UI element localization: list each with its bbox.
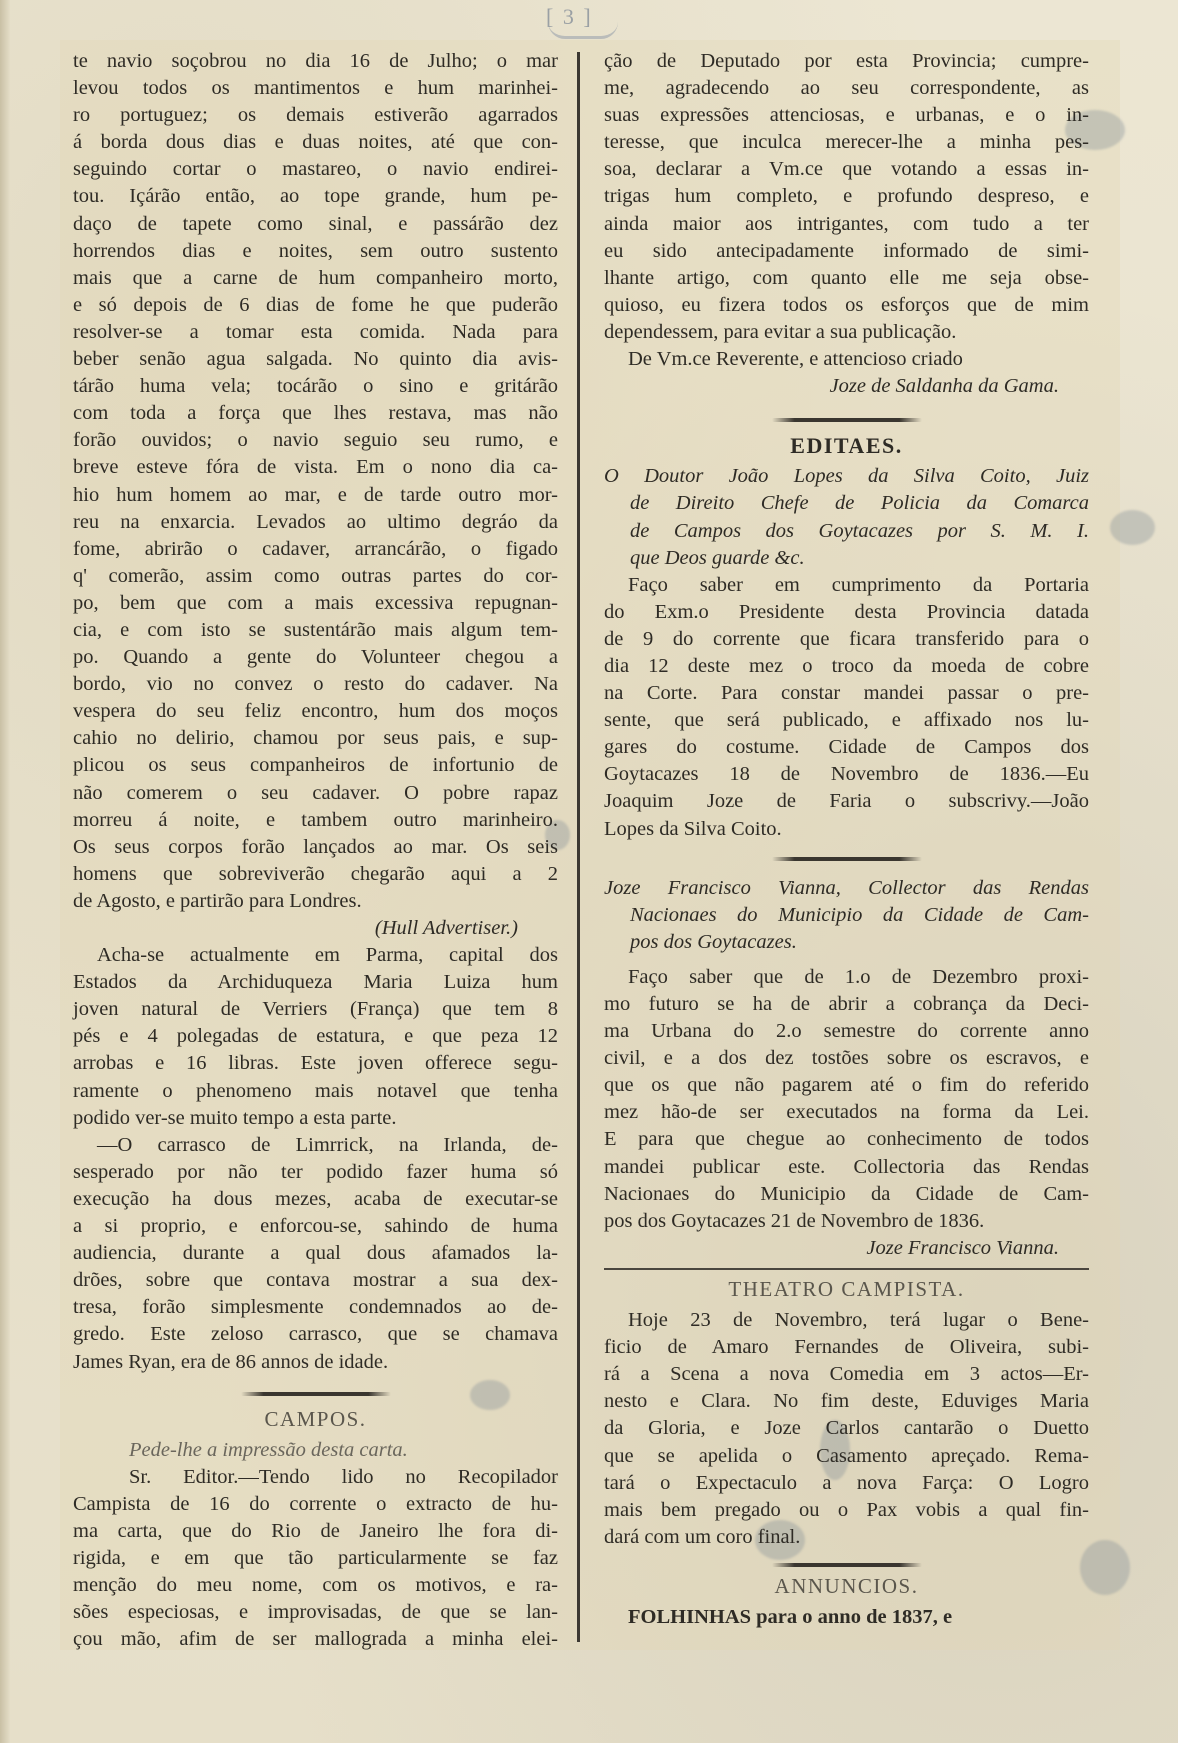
text-line: ma carta, que do Rio de Janeiro lhe fora… [73,1518,558,1545]
right-column: ção de Deputado por esta Provincia; cump… [604,48,1089,1631]
text-line: ção de Deputado por esta Provincia; cump… [604,48,1089,75]
text-line: Sr. Editor.—Tendo lido no Recopilador [73,1464,558,1491]
text-line: pos dos Goytacazes 21 de Novembro de 183… [604,1208,1089,1235]
text-line: ainda maior aos intrigantes, com tudo a … [604,211,1089,238]
edital-title-line: O Doutor João Lopes da Silva Coito, Juiz [604,463,1089,490]
text-line: execução ha dous mezes, acaba de executa… [73,1186,558,1213]
article-limerick: —O carrasco de Limrrick, na Irlanda, de-… [73,1132,558,1376]
text-line: te navio soçobrou no dia 16 de Julho; o … [73,48,558,75]
text-line: beber senão agua salgada. No quinto dia … [73,346,558,373]
text-line: podido ver-se muito tempo a esta parte. [73,1105,558,1132]
text-line: teresse, que inculca merecer-lhe a minha… [604,129,1089,156]
edital-coito: O Doutor João Lopes da Silva Coito, Juiz… [604,463,1089,842]
newspaper-page: [ 3 ] te navio soçobrou no dia 16 de Jul… [0,0,1178,1743]
text-line: de Agosto, e partirão para Londres. [73,888,558,915]
text-line: Nacionaes do Municipio da Cidade de Cam- [604,1181,1089,1208]
text-line: audiencia, durante a qual dous afamados … [73,1240,558,1267]
edital-title-line: pos dos Goytacazes. [604,929,1089,956]
text-line: Hoje 23 de Novembro, terá lugar o Bene- [604,1307,1089,1334]
text-line: rá a Scena a nova Comedia em 3 actos—Er- [604,1361,1089,1388]
section-divider-ornament [772,418,922,422]
text-line: do Exm.o Presidente desta Provincia data… [604,599,1089,626]
text-line: breve esteve fóra de vista. Em o nono di… [73,454,558,481]
water-stain [1110,510,1155,545]
text-line: civil, e a dos dez tostões sobre os escr… [604,1045,1089,1072]
edital-title-line: Joze Francisco Vianna, Collector das Ren… [604,875,1089,902]
text-line: Acha-se actualmente em Parma, capital do… [73,942,558,969]
text-line: seguindo cortar o mastareo, o navio endi… [73,156,558,183]
text-line: mo futuro se ha de abrir a cobrança da D… [604,991,1089,1018]
text-line: Estados da Archiduqueza Maria Luiza hum [73,969,558,996]
text-line: Goytacazes 18 de Novembro de 1836.—Eu [604,761,1089,788]
text-line: vespera do seu feliz encontro, hum dos m… [73,698,558,725]
text-line: forão ouvidos; o navio seguio seu rumo, … [73,427,558,454]
section-annuncios: ANNUNCIOS. FOLHINHAS para o anno de 1837… [604,1573,1089,1631]
letter-subheading: Pede-lhe a impressão desta carta. [73,1437,558,1464]
section-divider-ornament [772,1563,922,1567]
text-line: resolver-se a tomar esta comida. Nada pa… [73,319,558,346]
text-line: po, bem que com a mais excessiva repugna… [73,590,558,617]
text-line: ro portuguez; os demais estiverão agarra… [73,102,558,129]
text-line: ficio de Amaro Fernandes de Oliveira, su… [604,1334,1089,1361]
text-line: horrendos dias e noites, sem outro suste… [73,238,558,265]
text-line: fome, abrirão o cadaver, arrancárão, o f… [73,536,558,563]
letter-closing: De Vm.ce Reverente, e attencioso criado [604,346,1089,373]
text-line: James Ryan, era de 86 annos de idade. [73,1349,558,1376]
text-line: tárão huma vela; tocárão o sino e gritár… [73,373,558,400]
text-line: pés e 4 polegadas de estatura, e que pez… [73,1023,558,1050]
text-line: cahio no delirio, chamou por seus pais, … [73,725,558,752]
text-line: Faço saber que de 1.o de Dezembro proxi- [604,964,1089,991]
flourish-ornament-icon [548,22,618,39]
text-line: Joaquim Joze de Faria o subscrivy.—João [604,788,1089,815]
text-line: FOLHINHAS para o anno de 1837, e [604,1604,1089,1631]
source-citation: (Hull Advertiser.) [73,915,558,942]
text-line: sões especiosas, e improvisadas, de que … [73,1599,558,1626]
edital-title-line: que Deos guarde &c. [604,545,1089,572]
text-line: quioso, eu fizera todos os esforços que … [604,292,1089,319]
text-line: sesperado por não ter podido fazer huma … [73,1159,558,1186]
text-line: drões, sobre que contava mostrar a sua d… [73,1267,558,1294]
left-column: te navio soçobrou no dia 16 de Julho; o … [73,48,558,1653]
text-line: mais bem pregado ou o Pax vobis a qual f… [604,1497,1089,1524]
text-line: e só depois de 6 dias de fome he que pud… [73,292,558,319]
section-editaes: EDITAES. O Doutor João Lopes da Silva Co… [604,432,1089,1262]
section-theatro: THEATRO CAMPISTA. Hoje 23 de Novembro, t… [604,1276,1089,1551]
text-line: á borda dous dias e duas noites, até que… [73,129,558,156]
text-line: com toda a força que lhes restava, mas n… [73,400,558,427]
text-line: dará com um coro final. [604,1524,1089,1551]
text-line: gares do costume. Cidade de Campos dos [604,734,1089,761]
text-line: dependessem, para evitar a sua publicaçã… [604,319,1089,346]
edital-title-line: de Campos dos Goytacazes por S. M. I. [604,518,1089,545]
text-line: plicou os seus companheiros de infortuni… [73,752,558,779]
text-line: trigas hum completo, e profundo despreso… [604,183,1089,210]
text-line: mandei publicar este. Collectoria das Re… [604,1154,1089,1181]
text-line: ma Urbana do 2.o semestre do corrente an… [604,1018,1089,1045]
text-line: Lopes da Silva Coito. [604,816,1089,843]
text-line: levou todos os mantimentos e hum marinhe… [73,75,558,102]
text-line: tresa, forão simplesmente condemnados ao… [73,1294,558,1321]
text-line: morreu á noite, e tambem outro marinheir… [73,807,558,834]
text-line: suas expressões attenciosas, e urbanas, … [604,102,1089,129]
text-line: q' comerão, assim como outras partes do … [73,563,558,590]
text-line: que se apelida o Casamento apreçado. Rem… [604,1443,1089,1470]
column-divider [577,52,580,1642]
text-line: lhante artigo, com quanto elle me seja o… [604,265,1089,292]
text-line: daço de tapete como sinal, e passárão de… [73,211,558,238]
text-line: não comerem o seu cadaver. O pobre rapaz [73,780,558,807]
edital-signature: Joze Francisco Vianna. [604,1235,1089,1262]
edital-title-line: de Direito Chefe de Policia da Comarca [604,490,1089,517]
text-line: soa, declarar a Vm.ce que votando a essa… [604,156,1089,183]
text-line: dia 12 deste mez o troco da moeda de cob… [604,653,1089,680]
section-heading-annuncios: ANNUNCIOS. [604,1573,1089,1600]
text-line: mais que a carne de hum companheiro mort… [73,265,558,292]
text-line: cia, e com isto se sustentárão mais algu… [73,617,558,644]
text-line: mez hão-de ser executados na forma da Le… [604,1099,1089,1126]
text-line: Campista de 16 do corrente o extracto de… [73,1491,558,1518]
text-line: nesto e Clara. No fim deste, Eduviges Ma… [604,1388,1089,1415]
text-line: —O carrasco de Limrrick, na Irlanda, de- [73,1132,558,1159]
text-line: tou. Içárão então, ao tope grande, hum p… [73,183,558,210]
article-parma: Acha-se actualmente em Parma, capital do… [73,942,558,1132]
text-line: tará o Expectaculo a nova Farça: O Logro [604,1470,1089,1497]
section-heading-campos: CAMPOS. [73,1406,558,1433]
text-line: Faço saber em cumprimento da Portaria [604,572,1089,599]
text-line: reu na enxarcia. Levados ao ultimo degrá… [73,509,558,536]
section-divider-ornament [241,1392,391,1396]
section-divider-ornament [772,857,922,861]
edital-vianna: Joze Francisco Vianna, Collector das Ren… [604,875,1089,1262]
text-line: rigida, e em que tão particularmente se … [73,1545,558,1572]
text-line: po. Quando a gente do Volunteer chegou a [73,644,558,671]
text-line: ramente o phenomeno mais notavel que ten… [73,1078,558,1105]
text-line: Os seus corpos forão lançados ao mar. Os… [73,834,558,861]
page-edge [0,0,10,1743]
text-line: da Gloria, e Joze Carlos cantarão o Duet… [604,1415,1089,1442]
text-line: eu sido antecipadamente informado de sim… [604,238,1089,265]
article-shipwreck: te navio soçobrou no dia 16 de Julho; o … [73,48,558,942]
text-line: E para que chegue ao conhecimento de tod… [604,1126,1089,1153]
article-campos: CAMPOS. Pede-lhe a impressão desta carta… [73,1406,558,1654]
text-line: me, agradecendo ao seu correspondente, a… [604,75,1089,102]
text-line: bordo, vio no convez o resto do cadaver.… [73,671,558,698]
text-line: de 9 do corrente que ficara transferido … [604,626,1089,653]
text-line: homens que sobreviverão chegarão aqui a … [73,861,558,888]
text-line: que os que não pagarem até o fim do refe… [604,1072,1089,1099]
letter-signature: Joze de Saldanha da Gama. [604,373,1089,400]
section-heading-theatro: THEATRO CAMPISTA. [604,1276,1089,1303]
text-line: menção do meu nome, com os motivos, e ra… [73,1572,558,1599]
text-line: hio hum homem ao mar, e de tarde outro m… [73,482,558,509]
text-line: joven natural de Verriers (França) que t… [73,996,558,1023]
letter-continuation: ção de Deputado por esta Provincia; cump… [604,48,1089,400]
section-heading-editaes: EDITAES. [604,432,1089,459]
text-line: arrobas e 16 libras. Este joven offerece… [73,1050,558,1077]
section-divider-line [604,1268,1089,1270]
text-line: gredo. Este zeloso carrasco, que se cham… [73,1321,558,1348]
text-line: çou mão, afim de ser mallograda a minha … [73,1626,558,1653]
text-line: na Corte. Para constar mandei passar o p… [604,680,1089,707]
edital-title-line: Nacionaes do Municipio da Cidade de Cam- [604,902,1089,929]
text-line: a si proprio, e enforcou-se, sahindo de … [73,1213,558,1240]
text-line: sente, que será publicado, e affixado no… [604,707,1089,734]
